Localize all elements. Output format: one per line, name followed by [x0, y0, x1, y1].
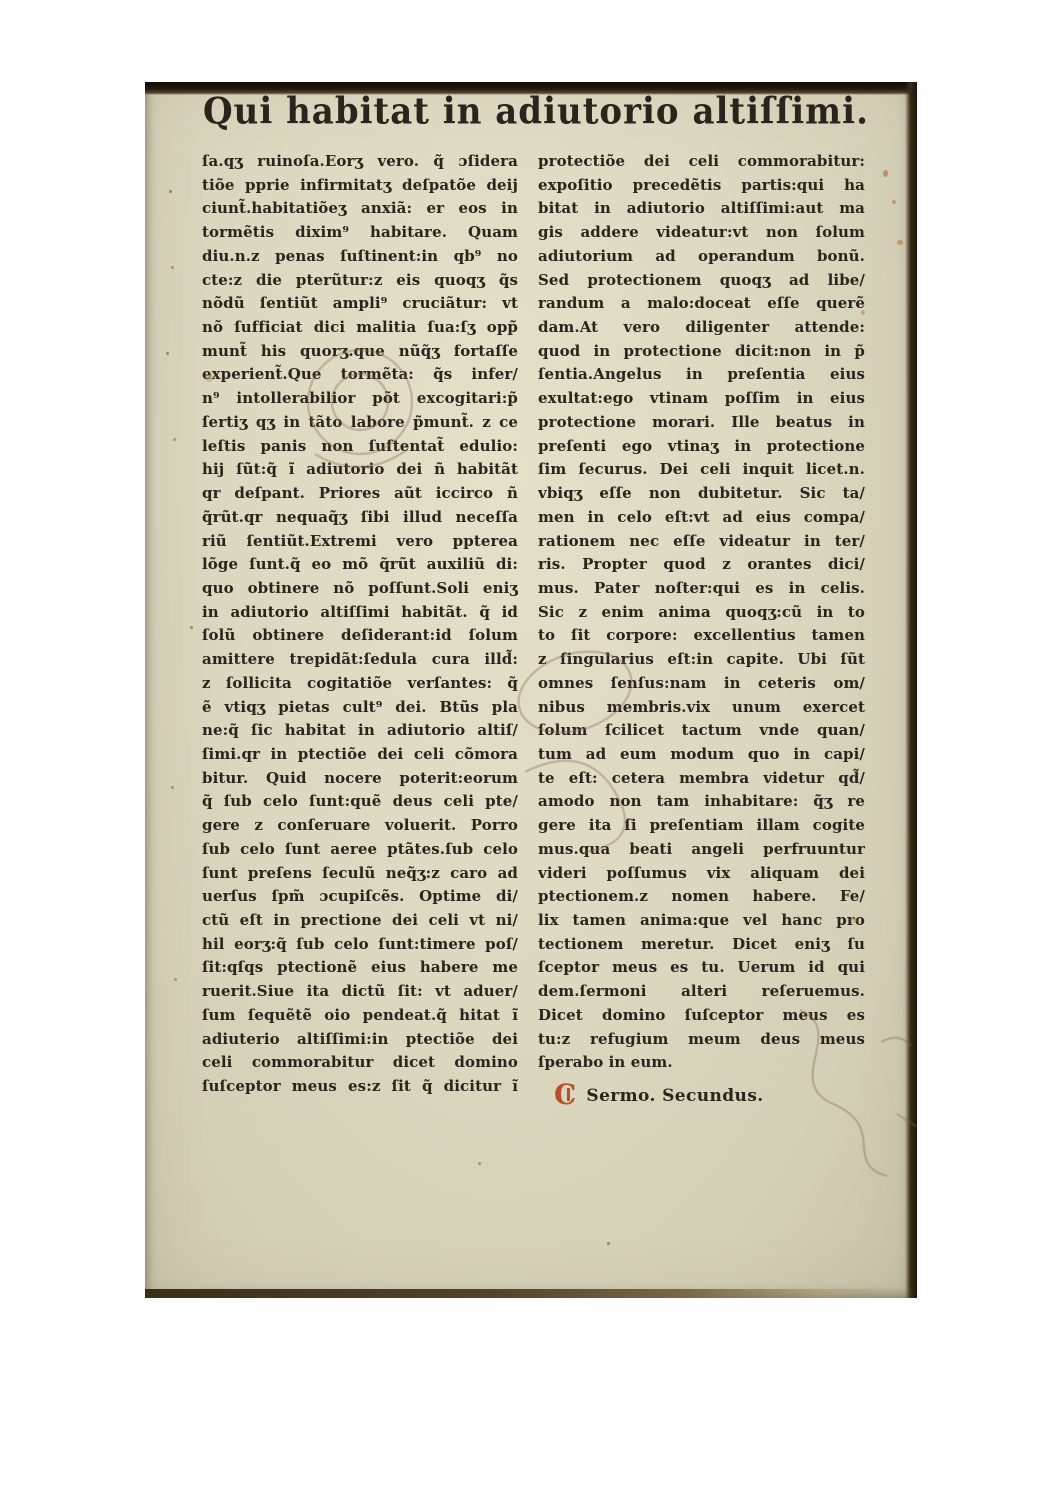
- text-line: ſentia.Angelus in preſentia eius: [538, 363, 865, 387]
- book-right-edge: [905, 82, 917, 1298]
- text-line: gere ita ſi preſentiam illam cogite: [538, 814, 865, 838]
- text-line: nõdũ ſentiũt ampli⁹ cruciãtur: vt: [202, 292, 518, 316]
- text-line: nõ ſufficiat dici malitia ſua:ſʒ opp̃: [202, 316, 518, 340]
- text-line: ciunt̃.habitatiõeʒ anxiã: er eos in: [202, 197, 518, 221]
- text-line: ſa.qʒ ruinoſa.Eorʒ vero. q̃ ɔſidera: [202, 150, 518, 174]
- rubric-line: CSermo. Secundus.: [538, 1081, 865, 1111]
- foxing-stain: [883, 170, 888, 177]
- text-line: adiutorium ad operandum bonũ.: [538, 245, 865, 269]
- text-line: adiuterio altiſſimi:in ptectiõe dei: [202, 1028, 518, 1052]
- text-line: amodo non tam inhabitare: q̃ʒ re: [538, 790, 865, 814]
- text-line: ſit:qſqs ptectionẽ eius habere me: [202, 956, 518, 980]
- margin-specks: [169, 190, 172, 193]
- text-line: ſceptor meus es tu. Uerum id qui: [538, 956, 865, 980]
- text-line: expoſitio precedẽtis partis:qui ha: [538, 174, 865, 198]
- page-title: Qui habitat in adiutorio altiſſimi.: [203, 90, 863, 144]
- text-line: tormẽtis dixim⁹ habitare. Quam: [202, 221, 518, 245]
- text-line: te eſt: cetera membra videtur qd̃/: [538, 767, 865, 791]
- text-line: exultat:ego vtinam poſſim in eius: [538, 387, 865, 411]
- text-line: protectione morari. Ille beatus in: [538, 411, 865, 435]
- text-line: ne:q̃ ſic habitat in adiutorio altiſ/: [202, 719, 518, 743]
- book-bottom-edge: [145, 1289, 917, 1298]
- text-line: experient̃.Que tormẽta: q̃s infer/: [202, 363, 518, 387]
- text-line: ſolũ obtinere deſiderant:id ſolum: [202, 624, 518, 648]
- left-column: ſa.qʒ ruinoſa.Eorʒ vero. q̃ ɔſideratiõe …: [202, 150, 518, 1099]
- text-line: cte:z die pterũtur:z eis quoqʒ q̃s: [202, 269, 518, 293]
- text-line: n⁹ intollerabilior põt excogitari:p̃: [202, 387, 518, 411]
- book-page: Qui habitat in adiutorio altiſſimi. ſa.q…: [145, 82, 917, 1298]
- text-line: ſimi.qr in ptectiõe dei celi cõmora: [202, 743, 518, 767]
- text-line: munt̃ his quorʒ.que nũq̃ʒ fortaſſe: [202, 340, 518, 364]
- text-line: men in celo eſt:vt ad eius compa/: [538, 506, 865, 530]
- text-line: randum a malo:doceat eſſe querẽ: [538, 292, 865, 316]
- text-line: ſertiʒ qʒ in tãto labore p̃munt̃. z ce: [202, 411, 518, 435]
- text-line: ſum ſequẽtẽ oio pendeat.q̃ hitat ĩ: [202, 1004, 518, 1028]
- text-line: amittere trepidãt:ſedula cura illd̃:: [202, 648, 518, 672]
- text-line: uerſus ſpm̃ ɔcupiſcẽs. Optime di/: [202, 885, 518, 909]
- text-line: Dicet domino ſuſceptor meus es: [538, 1004, 865, 1028]
- text-line: z ſollicita cogitatiõe verſantes: q̃: [202, 672, 518, 696]
- text-line: ruerit.Siue ita dictũ ſit: vt aduer/: [202, 980, 518, 1004]
- text-line: Sic z enim anima quoqʒ:cũ in to: [538, 601, 865, 625]
- text-line: ſunt preſens ſeculũ neq̃ʒ:z caro ad: [202, 862, 518, 886]
- text-line: in adiutorio altiſſimi habitãt. q̃ id: [202, 601, 518, 625]
- text-line: bitat in adiutorio altiſſimi:aut ma: [538, 197, 865, 221]
- text-line: ſub celo ſunt aeree ptãtes.ſub celo: [202, 838, 518, 862]
- text-line: mus. Pater noſter:qui es in celis.: [538, 577, 865, 601]
- text-line: ris. Propter quod z orantes dici/: [538, 553, 865, 577]
- text-line: ſim ſecurus. Dei celi inquit licet.n.: [538, 458, 865, 482]
- text-line: ptectionem.z nomen habere. Fe/: [538, 885, 865, 909]
- text-line: nibus membris.vix unum exercet: [538, 696, 865, 720]
- text-line: tiõe pprie infirmitatʒ deſpatõe deij: [202, 174, 518, 198]
- text-line: q̃rũt.qr nequaq̃ʒ ſibi illud neceſſa: [202, 506, 518, 530]
- text-line: tu:z refugium meum deus meus: [538, 1028, 865, 1052]
- text-line: quo obtinere nõ poſſunt.Soli eniʒ: [202, 577, 518, 601]
- text-line: preſenti ego vtinaʒ in protectione: [538, 435, 865, 459]
- text-line: leſtis panis non ſuſtentat̃ edulio:: [202, 435, 518, 459]
- text-line: ſperabo in eum.: [538, 1051, 865, 1075]
- text-line: quod in protectione dicit:non in p̃: [538, 340, 865, 364]
- text-line: z ſingularius eſt:in capite. Ubi ſũt: [538, 648, 865, 672]
- text-line: ctũ eſt in prectione dei celi vt ni/: [202, 909, 518, 933]
- text-line: videri poſſumus vix aliquam dei: [538, 862, 865, 886]
- foxing-stain: [892, 200, 896, 204]
- text-line: vbiqʒ eſſe non dubitetur. Sic ta/: [538, 482, 865, 506]
- text-line: lix tamen anima:que vel hanc pro: [538, 909, 865, 933]
- text-line: gis addere videatur:vt non ſolum: [538, 221, 865, 245]
- text-line: celi commorabitur dicet domino: [202, 1051, 518, 1075]
- text-line: tum ad eum modum quo in capi/: [538, 743, 865, 767]
- text-line: diu.n.z penas ſuſtinent:in qb⁹ no: [202, 245, 518, 269]
- text-line: gere z conſeruare voluerit. Porro: [202, 814, 518, 838]
- text-line: qr deſpant. Priores aũt iccirco ñ: [202, 482, 518, 506]
- text-line: omnes ſenſus:nam in ceteris om/: [538, 672, 865, 696]
- text-line: Sed protectionem quoqʒ ad libe/: [538, 269, 865, 293]
- rubric-label: Sermo. Secundus.: [586, 1086, 763, 1106]
- rubric-paraph-mark: C: [554, 1084, 576, 1106]
- text-line: dem.ſermoni alteri reſeruemus.: [538, 980, 865, 1004]
- text-line: bitur. Quid nocere poterit:eorum: [202, 767, 518, 791]
- foxing-stain: [897, 240, 903, 245]
- text-line: q̃ ſub celo ſunt:quẽ deus celi pte/: [202, 790, 518, 814]
- right-column: protectiõe dei celi commorabitur:expoſit…: [538, 150, 865, 1111]
- text-line: lõge ſunt.q̃ eo mõ q̃rũt auxiliũ di:: [202, 553, 518, 577]
- right-column-lines: protectiõe dei celi commorabitur:expoſit…: [538, 150, 865, 1075]
- text-line: ſuſceptor meus es:z ſit q̃ dicitur ĩ: [202, 1075, 518, 1099]
- text-line: dam.At vero diligenter attende:: [538, 316, 865, 340]
- text-line: rationem nec eſſe videatur in ter/: [538, 530, 865, 554]
- text-line: riũ ſentiũt.Extremi vero ppterea: [202, 530, 518, 554]
- text-line: hil eorʒ:q̃ ſub celo ſunt:timere poſ/: [202, 933, 518, 957]
- text-line: mus.qua beati angeli perfruuntur: [538, 838, 865, 862]
- text-line: tectionem meretur. Dicet eniʒ ſu: [538, 933, 865, 957]
- text-line: to ſit corpore: excellentius tamen: [538, 624, 865, 648]
- text-line: ẽ vtiqʒ pietas cult⁹ dei. Btũs pla: [202, 696, 518, 720]
- photo-background: Qui habitat in adiutorio altiſſimi. ſa.q…: [0, 0, 1060, 1500]
- text-line: protectiõe dei celi commorabitur:: [538, 150, 865, 174]
- text-line: hij ſũt:q̃ ĩ adiutorio dei ñ habitãt: [202, 458, 518, 482]
- text-line: ſolum ſcilicet tactum vnde quan/: [538, 719, 865, 743]
